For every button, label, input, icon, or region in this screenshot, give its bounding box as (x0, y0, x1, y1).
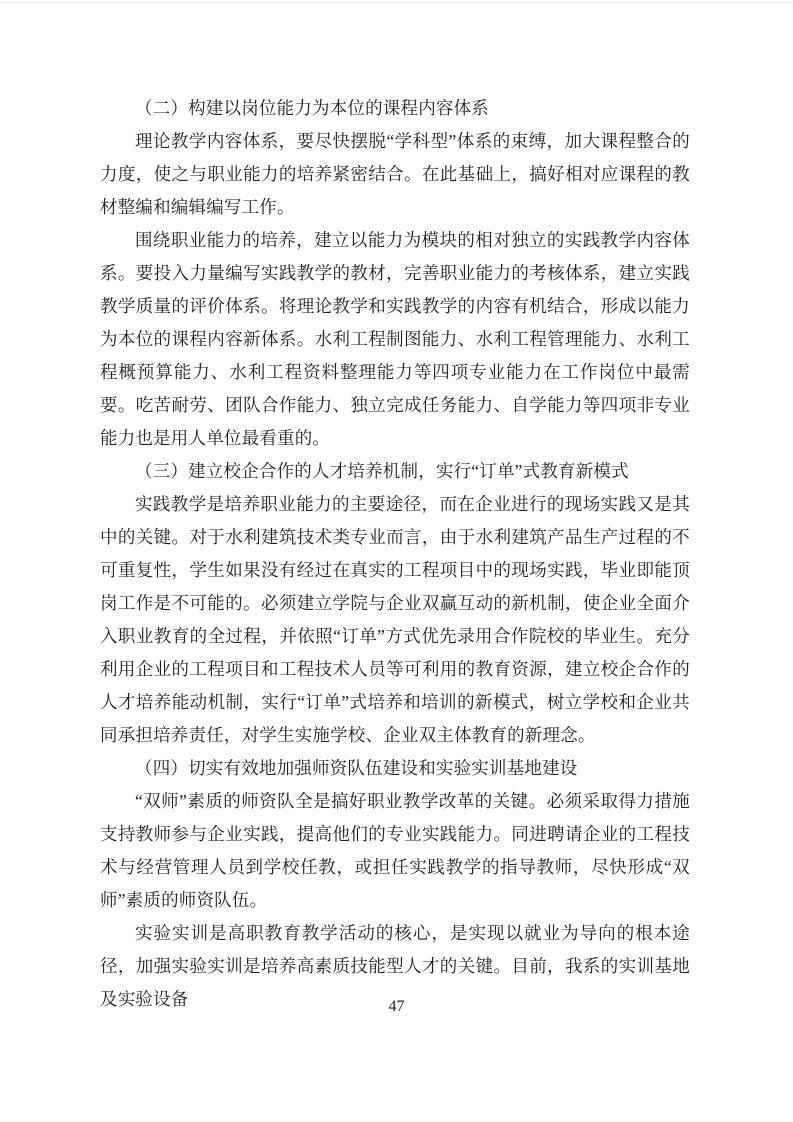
page-content: （二）构建以岗位能力为本位的课程内容体系 理论教学内容体系，要尽快摆脱“学科型”… (100, 92, 690, 1016)
paragraph: 理论教学内容体系，要尽快摆脱“学科型”体系的束缚，加大课程整合的力度，使之与职业… (100, 125, 690, 224)
paragraph: “双师”素质的师资队全是搞好职业教学改革的关键。必须采取得力措施支持教师参与企业… (100, 785, 690, 917)
paragraph: 实践教学是培养职业能力的主要途径，而在企业进行的现场实践又是其中的关键。对于水利… (100, 488, 690, 752)
document-page: （二）构建以岗位能力为本位的课程内容体系 理论教学内容体系，要尽快摆脱“学科型”… (0, 0, 793, 1122)
section-heading-2: （二）构建以岗位能力为本位的课程内容体系 (100, 92, 690, 125)
section-heading-4: （四）切实有效地加强师资队伍建设和实验实训基地建设 (100, 752, 690, 785)
section-heading-3: （三）建立校企合作的人才培养机制，实行“订单”式教育新模式 (100, 455, 690, 488)
scan-edge-artifact (0, 2, 793, 3)
paragraph: 围绕职业能力的培养，建立以能力为模块的相对独立的实践教学内容体系。要投入力量编写… (100, 224, 690, 455)
page-number: 47 (0, 998, 793, 1016)
